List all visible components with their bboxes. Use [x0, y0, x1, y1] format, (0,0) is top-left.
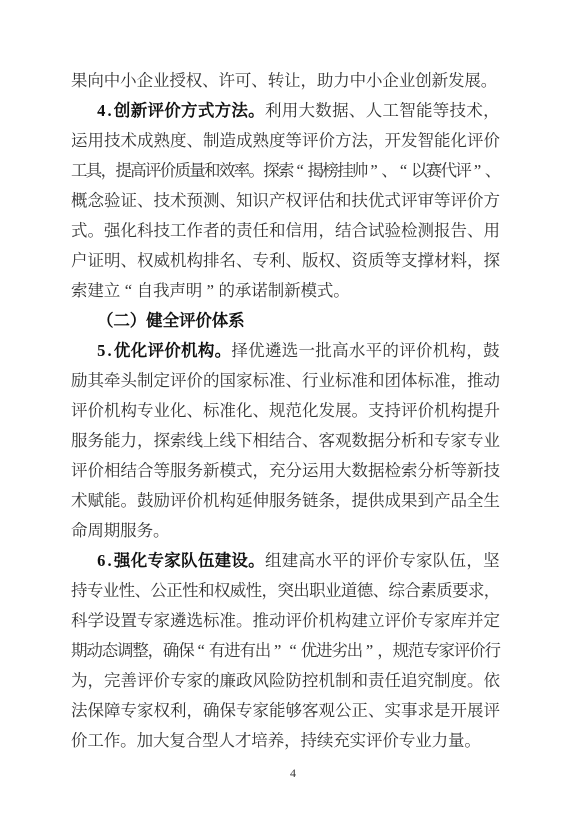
char: 态: [102, 636, 117, 666]
bold-char: 法: [231, 96, 248, 126]
char: 成: [385, 486, 402, 516]
text-line: 术赋能。鼓励评价机构延伸服务链条，提供成果到产品全生: [71, 486, 500, 516]
char: ”: [470, 156, 485, 186]
text-line: 6.强化专家队伍建设。组建高水平的评价专家队伍，坚: [71, 546, 500, 576]
char: 度: [451, 666, 468, 696]
char: 机: [104, 396, 121, 426]
char: 建: [87, 276, 103, 306]
char: 劣: [331, 636, 346, 666]
char: 自: [137, 276, 153, 306]
char: 伍: [449, 546, 466, 576]
char: 完: [104, 666, 121, 696]
char: 术: [466, 96, 483, 126]
char: 权: [137, 246, 154, 276]
char: 科: [137, 216, 154, 246]
char: 的: [382, 336, 399, 366]
char: 水: [349, 336, 366, 366]
char: 充: [269, 456, 286, 486]
char: 组: [265, 546, 282, 576]
char: 标: [418, 366, 435, 396]
bold-char: 5: [97, 336, 105, 366]
text-line: 为，完善评价专家的廉政风险防控机制和责任追究制度。依: [71, 666, 500, 696]
char: 诺: [251, 276, 267, 306]
bold-char: ）: [130, 306, 146, 336]
char: 探: [263, 156, 278, 186]
char: 新: [467, 456, 484, 486]
text-line: 索建立“自我声明”的承诺制新模式。: [71, 276, 500, 306]
char: 产: [434, 486, 451, 516]
char: 政: [236, 666, 253, 696]
char: 价: [382, 726, 398, 756]
char: 声: [169, 276, 185, 306]
char: 探: [154, 426, 171, 456]
text-line: 励其牵头制定评价的国家标准、行业标准和团体标准，推动: [71, 366, 500, 396]
char: 具: [86, 156, 101, 186]
char: 发: [448, 66, 464, 96]
char: 发: [319, 396, 336, 426]
char: 分: [385, 426, 402, 456]
char: 式: [317, 276, 333, 306]
bold-char: 二: [113, 306, 129, 336]
char: 。: [248, 156, 263, 186]
char: 利: [265, 96, 282, 126]
char: 规: [393, 636, 408, 666]
char: 线: [187, 426, 204, 456]
char: 量: [448, 726, 464, 756]
char: 升: [484, 396, 501, 426]
char: 赛: [426, 156, 441, 186]
char: 队: [433, 546, 450, 576]
char: 力: [333, 66, 349, 96]
char: 力: [121, 426, 138, 456]
char: 选: [282, 336, 299, 366]
char: 标: [203, 396, 220, 426]
bold-char: .: [105, 546, 113, 576]
char: 家: [137, 696, 154, 726]
char: 用: [282, 96, 299, 126]
char: 控: [302, 666, 319, 696]
char: 索: [170, 426, 187, 456]
char: 机: [170, 246, 187, 276]
text-line: 期动态调整，确保“有进有出”“优进劣出”，规范专家评价行: [71, 636, 500, 666]
char: 能: [269, 696, 286, 726]
char: 防: [286, 666, 303, 696]
char: 实: [385, 696, 402, 726]
char: 化: [236, 396, 253, 426]
char: 道: [341, 576, 357, 606]
char: 技: [449, 96, 466, 126]
char: 正: [352, 696, 369, 726]
char: 、: [485, 156, 500, 186]
char: 果: [401, 486, 418, 516]
char: 合: [137, 456, 154, 486]
char: ”: [367, 156, 382, 186]
char: 型: [202, 726, 218, 756]
bold-char: 。: [248, 96, 265, 126]
char: ”: [270, 636, 285, 666]
char: 、: [381, 156, 396, 186]
char: 家: [187, 666, 204, 696]
char: 准: [352, 366, 369, 396]
char: 的: [220, 216, 237, 246]
char: 家: [253, 696, 270, 726]
document-page: 果向中小企业授权、许可、转让，助力中小企业创新发展。4.创新评价方式方法。利用大…: [0, 0, 586, 831]
char: 障: [104, 696, 121, 726]
char: 服: [120, 516, 136, 546]
char: 索: [278, 156, 293, 186]
bold-char: 评: [147, 96, 164, 126]
char: 的: [349, 546, 366, 576]
char: 力: [432, 726, 448, 756]
char: 业: [415, 726, 431, 756]
char: 出: [293, 576, 309, 606]
char: 展: [467, 696, 484, 726]
bold-char: 新: [131, 96, 148, 126]
char: 等: [154, 456, 171, 486]
char: 揭: [308, 156, 323, 186]
char: 立: [104, 276, 120, 306]
char: 用: [484, 216, 501, 246]
char: 风: [253, 666, 270, 696]
page-number: 4: [0, 766, 586, 780]
char: 建: [352, 606, 369, 636]
char: 能: [104, 426, 121, 456]
char: 的: [203, 366, 220, 396]
char: 用: [302, 216, 319, 246]
char: 机: [434, 396, 451, 426]
char: 推: [467, 366, 484, 396]
char: 置: [121, 606, 138, 636]
char: 价: [319, 126, 336, 156]
char: 运: [302, 456, 319, 486]
char: 据: [332, 96, 349, 126]
bold-char: 建: [214, 546, 231, 576]
char: 、: [335, 246, 352, 276]
char: 构: [220, 486, 237, 516]
char: 机: [433, 336, 450, 366]
char: 全: [467, 486, 484, 516]
char: ，: [284, 726, 300, 756]
char: 智: [399, 96, 416, 126]
char: 鼓: [483, 336, 500, 366]
char: 评: [451, 186, 468, 216]
char: 制: [335, 666, 352, 696]
char: 户: [71, 246, 88, 276]
char: 让: [284, 66, 300, 96]
char: 平: [366, 336, 383, 366]
char: 数: [315, 96, 332, 126]
char: 国: [220, 366, 237, 396]
char: 构: [121, 396, 138, 426]
char: 高: [298, 546, 315, 576]
char: 、: [368, 696, 385, 726]
char: 测: [203, 186, 220, 216]
char: 体: [401, 366, 418, 396]
char: 试: [368, 216, 385, 246]
char: 可: [235, 66, 251, 96]
char: 业: [325, 576, 341, 606]
char: 代: [441, 156, 456, 186]
char: 索: [71, 276, 87, 306]
char: 公: [335, 696, 352, 726]
char: 性: [182, 576, 198, 606]
char: 险: [269, 666, 286, 696]
char: ，: [137, 426, 154, 456]
char: 善: [121, 666, 138, 696]
char: 正: [166, 576, 182, 606]
bold-char: （: [97, 306, 113, 336]
char: 明: [186, 276, 202, 306]
char: ，: [335, 486, 352, 516]
char: 价: [88, 396, 105, 426]
text-line: 持专业性、公正性和权威性，突出职业道德、综合素质要求，: [71, 576, 500, 606]
char: 家: [434, 606, 451, 636]
char: “: [194, 636, 209, 666]
text-line: 5.优化评价机构。择优遴选一批高水平的评价机构，鼓: [71, 336, 500, 366]
char: ，: [466, 546, 483, 576]
char: 评: [286, 606, 303, 636]
bold-char: 。: [214, 336, 231, 366]
char: 服: [170, 456, 187, 486]
char: 择: [231, 336, 248, 366]
bold-char: 全: [163, 306, 179, 336]
char: 价: [418, 396, 435, 426]
char: 。: [88, 216, 105, 246]
char: 究: [418, 666, 435, 696]
char: 知: [236, 186, 253, 216]
char: 预: [187, 186, 204, 216]
char: 许: [219, 66, 235, 96]
char: 专: [236, 696, 253, 726]
char: 动: [484, 366, 501, 396]
char: 要: [452, 576, 468, 606]
char: 支: [401, 246, 418, 276]
bold-char: 。: [248, 546, 265, 576]
char: 家: [439, 636, 454, 666]
char: 制: [268, 276, 284, 306]
char: 的: [203, 666, 220, 696]
char: 专: [418, 606, 435, 636]
char: 条: [319, 486, 336, 516]
char: 权: [186, 66, 202, 96]
char: 分: [418, 456, 435, 486]
char: 保: [220, 696, 237, 726]
char: 利: [170, 696, 187, 726]
bold-char: 体: [212, 306, 228, 336]
char: 、: [302, 426, 319, 456]
char: 工: [170, 216, 187, 246]
char: 复: [169, 726, 185, 756]
char: 立: [368, 606, 385, 636]
char: 才: [235, 726, 251, 756]
char: 遴: [265, 336, 282, 366]
char: 素: [420, 576, 436, 606]
char: 撑: [418, 246, 435, 276]
char: ”: [202, 276, 218, 306]
char: 出: [347, 636, 362, 666]
char: 式: [385, 186, 402, 216]
char: 结: [121, 456, 138, 486]
char: “: [120, 276, 136, 306]
char: 、: [251, 66, 267, 96]
bold-char: 家: [164, 546, 181, 576]
bold-char: 机: [181, 336, 198, 366]
char: 。: [352, 396, 369, 426]
char: 评: [401, 396, 418, 426]
text-line: 评价相结合等服务新模式，充分运用大数据检索分析等新技: [71, 456, 500, 486]
char: 水: [315, 546, 332, 576]
text-line: 评价机构专业化、标准化、规范化发展。支持评价机构提升: [71, 396, 500, 426]
char: 加: [137, 726, 153, 756]
char: 作: [187, 216, 204, 246]
char: 提: [352, 486, 369, 516]
char: 评: [302, 186, 319, 216]
char: 识: [253, 186, 270, 216]
char: 权: [214, 576, 230, 606]
char: 事: [401, 696, 418, 726]
char: 专: [423, 636, 438, 666]
text-line: 果向中小企业授权、许可、转让，助力中小企业创新发展。: [71, 66, 500, 96]
char: 构: [187, 246, 204, 276]
char: 专: [137, 396, 154, 426]
char: 据: [368, 456, 385, 486]
text-line: 式。强化科技工作者的责任和信用，结合试验检测报告、用: [71, 216, 500, 246]
bold-char: 方: [214, 96, 231, 126]
char: 求: [468, 576, 484, 606]
char: 性: [246, 576, 262, 606]
char: 利: [269, 246, 286, 276]
char: 机: [319, 606, 336, 636]
text-line: 4.创新评价方式方法。利用大数据、人工智能等技术，: [71, 96, 500, 126]
char: 够: [286, 696, 303, 726]
bold-char: 专: [147, 546, 164, 576]
char: 标: [253, 366, 270, 396]
char: 。: [153, 516, 169, 546]
char: 。: [481, 66, 497, 96]
char: 业: [399, 66, 415, 96]
char: 审: [418, 186, 435, 216]
char: 专: [253, 246, 270, 276]
char: 相: [104, 456, 121, 486]
char: 设: [104, 606, 121, 636]
char: 模: [220, 456, 237, 486]
char: 技: [484, 456, 501, 486]
char: 责: [368, 666, 385, 696]
char: 作: [104, 726, 120, 756]
char: 评: [366, 546, 383, 576]
char: 、: [236, 246, 253, 276]
char: 熟: [253, 126, 270, 156]
char: 专: [170, 666, 187, 696]
bold-char: 构: [198, 336, 215, 366]
char: 持: [300, 726, 316, 756]
char: 、: [187, 396, 204, 426]
char: 报: [434, 216, 451, 246]
char: 期: [104, 516, 120, 546]
char: 坚: [483, 546, 500, 576]
char: 向: [87, 66, 103, 96]
char: 下: [236, 426, 253, 456]
char: 职: [309, 576, 325, 606]
char: 。: [121, 486, 138, 516]
char: 准: [220, 606, 237, 636]
char: 高: [130, 156, 145, 186]
char: 专: [434, 426, 451, 456]
char: 提: [467, 396, 484, 426]
char: 任: [385, 666, 402, 696]
char: 德: [357, 576, 373, 606]
char: 评: [71, 396, 88, 426]
char: 规: [269, 396, 286, 426]
char: 检: [385, 456, 402, 486]
char: 调: [117, 636, 132, 666]
char: 用: [319, 456, 336, 486]
char: 能: [434, 126, 451, 156]
char: 评: [71, 456, 88, 486]
bold-char: 系: [228, 306, 244, 336]
char: 新: [284, 276, 300, 306]
bold-char: 4: [97, 96, 105, 126]
bold-char: 化: [131, 546, 148, 576]
char: 材: [434, 246, 451, 276]
char: 库: [451, 606, 468, 636]
char: 发: [401, 126, 418, 156]
char: 量: [189, 156, 204, 186]
bold-char: 价: [164, 96, 181, 126]
char: 专: [121, 696, 138, 726]
char: 优: [301, 636, 316, 666]
char: 合: [186, 726, 202, 756]
char: 技: [104, 126, 121, 156]
char: 展: [335, 396, 352, 426]
char: 定: [154, 366, 171, 396]
char: ，: [484, 576, 500, 606]
bold-char: 健: [146, 306, 162, 336]
char: 家: [154, 606, 171, 636]
text-line: 户证明、权威机构排名、专利、版权、资质等支撑材料，探: [71, 246, 500, 276]
char: 评: [366, 726, 382, 756]
char: 业: [154, 396, 171, 426]
char: 依: [484, 666, 501, 696]
char: 挂: [337, 156, 352, 186]
char: 开: [385, 126, 402, 156]
char: 威: [230, 576, 246, 606]
char: 率: [234, 156, 249, 186]
char: 进: [316, 636, 331, 666]
char: 遴: [170, 606, 187, 636]
bold-char: 强: [114, 546, 131, 576]
char: 帅: [352, 156, 367, 186]
bold-char: 式: [198, 96, 215, 126]
bold-char: .: [105, 336, 113, 366]
text-line: 运用技术成熟度、制造成熟度等评价方法，开发智能化评价: [71, 126, 500, 156]
char: 开: [451, 696, 468, 726]
char: 榜: [322, 156, 337, 186]
char: 企: [137, 66, 153, 96]
char: ，: [319, 216, 336, 246]
char: 等: [451, 456, 468, 486]
bold-char: 化: [131, 336, 148, 366]
char: 析: [401, 426, 418, 456]
char: 、: [467, 216, 484, 246]
char: 责: [236, 216, 253, 246]
char: 任: [253, 216, 270, 246]
char: 线: [220, 426, 237, 456]
bold-char: .: [105, 96, 113, 126]
char: 中: [350, 66, 366, 96]
char: 术: [170, 186, 187, 216]
char: 析: [434, 456, 451, 486]
